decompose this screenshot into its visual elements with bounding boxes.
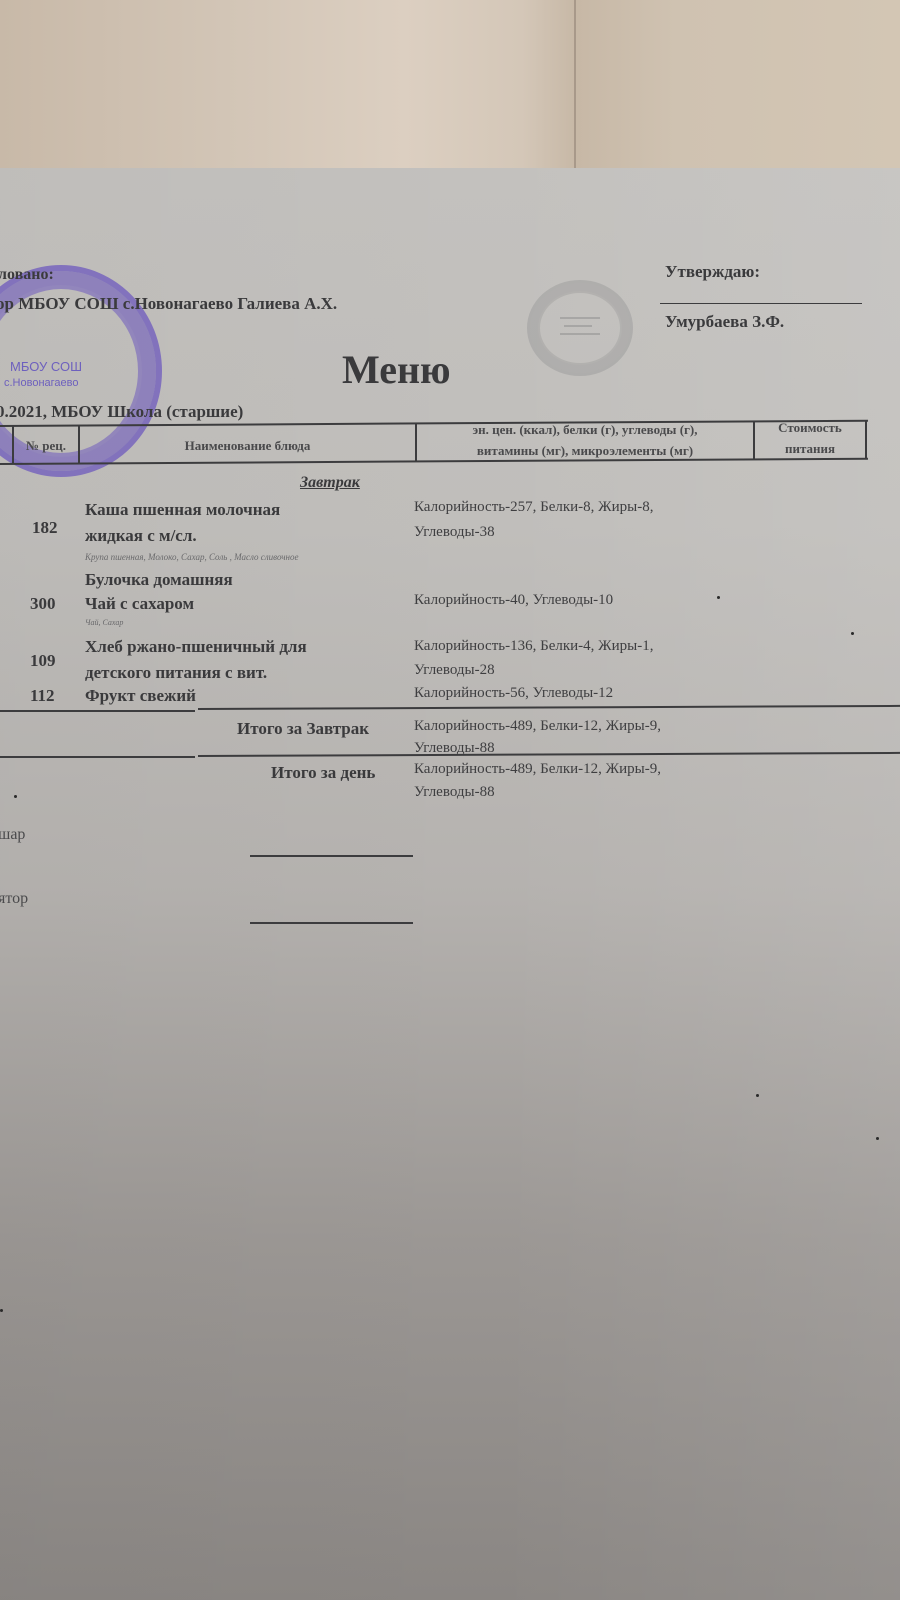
total-label: Итого за Завтрак xyxy=(237,719,369,739)
header-cost-2: питания xyxy=(755,441,865,457)
dish-nutrition: Калорийность-257, Белки-8, Жиры-8, xyxy=(414,499,653,516)
signature-line xyxy=(250,922,413,924)
divider xyxy=(0,710,195,712)
floor-seam xyxy=(574,0,576,172)
signature-label: ятор xyxy=(0,890,28,908)
dish-name-cont: жидкая с м/сл. xyxy=(85,526,197,546)
header-cost-1: Стоимость xyxy=(755,420,865,436)
stamp-text-1: МБОУ СОШ xyxy=(10,359,82,374)
speck xyxy=(717,596,720,599)
dish-nutrition-cont: Углеводы-28 xyxy=(414,662,495,679)
header-dish-name: Наименование блюда xyxy=(80,438,415,454)
header-nutrition-2: витамины (мг), микроэлементы (мг) xyxy=(417,443,753,459)
header-nutrition-1: эн. цен. (ккал), белки (г), углеводы (г)… xyxy=(417,422,753,438)
stamp-text-2: с.Новонагаево xyxy=(4,377,79,389)
total-label: Итого за день xyxy=(271,763,375,783)
header-recipe-no: № рец. xyxy=(14,438,78,454)
speck xyxy=(851,632,854,635)
dish-name: Каша пшенная молочная xyxy=(85,500,280,520)
dish-name: Чай с сахаром xyxy=(85,594,194,614)
total-nutrition: Калорийность-489, Белки-12, Жиры-9, xyxy=(414,718,661,735)
recipe-no: 112 xyxy=(30,686,55,706)
recipe-no: 300 xyxy=(30,594,56,614)
dish-name: Булочка домашняя xyxy=(85,570,233,590)
approve-label: Утверждаю: xyxy=(665,262,760,282)
dish-nutrition: Калорийность-136, Белки-4, Жиры-1, xyxy=(414,638,653,655)
dish-name-cont: детского питания с вит. xyxy=(85,663,267,683)
signature-line xyxy=(660,303,862,304)
recipe-no: 182 xyxy=(32,518,58,538)
speck xyxy=(14,795,17,798)
divider xyxy=(0,756,195,758)
approved-label: ловано: xyxy=(0,266,54,284)
signature-label: шар xyxy=(0,826,25,844)
dish-ingredients: Чай, Сахар xyxy=(85,618,123,627)
page-title: Меню xyxy=(342,346,451,393)
recipe-no: 109 xyxy=(30,651,56,671)
speck xyxy=(756,1094,759,1097)
dish-name: Фрукт свежий xyxy=(85,686,196,706)
speck xyxy=(876,1137,879,1140)
total-nutrition: Калорийность-489, Белки-12, Жиры-9, xyxy=(414,761,661,778)
dish-name: Хлеб ржано-пшеничный для xyxy=(85,637,307,657)
section-breakfast: Завтрак xyxy=(300,474,360,492)
signature-line xyxy=(250,855,413,857)
wooden-floor-background xyxy=(0,0,900,172)
dish-ingredients: Крупа пшенная, Молоко, Сахар, Соль , Мас… xyxy=(85,552,298,562)
faded-stamp-icon xyxy=(527,280,633,376)
dish-nutrition: Калорийность-40, Углеводы-10 xyxy=(414,592,613,609)
total-nutrition-cont: Углеводы-88 xyxy=(414,784,495,801)
director-line: ор МБОУ СОШ с.Новонагаево Галиева А.Х. xyxy=(0,294,337,314)
dish-nutrition-cont: Углеводы-38 xyxy=(414,524,495,541)
speck xyxy=(0,1309,3,1312)
menu-subtitle: 0.2021, МБОУ Школа (старшие) xyxy=(0,402,243,422)
approver-name: Умурбаева З.Ф. xyxy=(665,312,784,332)
dish-nutrition: Калорийность-56, Углеводы-12 xyxy=(414,685,613,702)
